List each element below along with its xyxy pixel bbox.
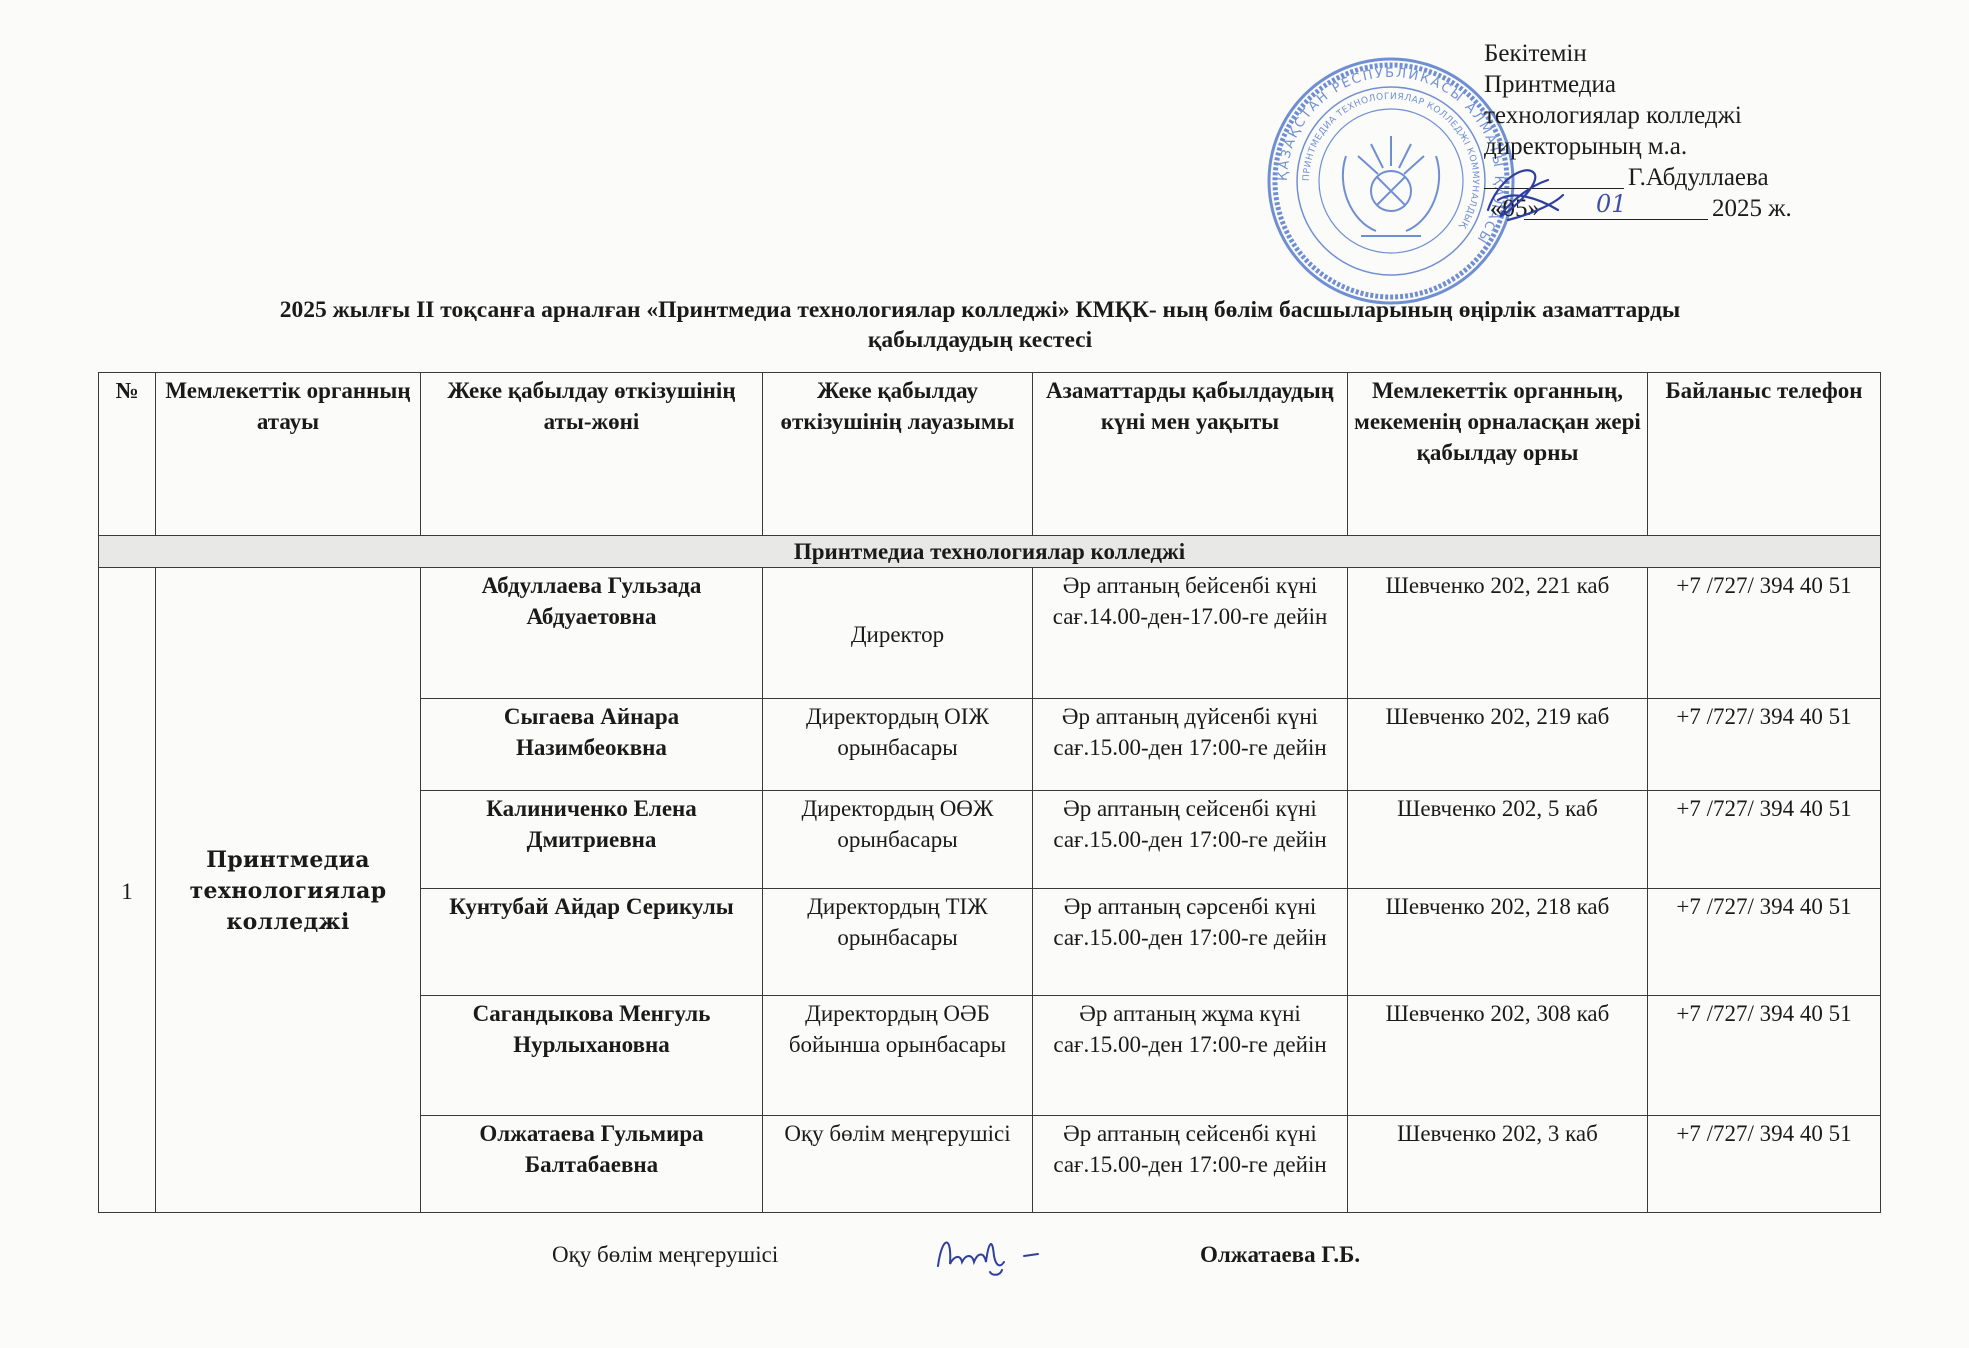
cell-location: Шевченко 202, 221 каб (1348, 568, 1648, 699)
approval-date-line: «05» 01 2025 ж. (1484, 193, 1792, 224)
cell-location: Шевченко 202, 218 каб (1348, 889, 1648, 996)
cell-schedule: Әр аптаның сәрсенбі күні сағ.15.00-ден 1… (1033, 889, 1348, 996)
svg-text:ҚАЗАҚСТАН РЕСПУБЛИКАСЫ АЛМАТЫ: ҚАЗАҚСТАН РЕСПУБЛИКАСЫ АЛМАТЫ ҚАЛАСЫ (1276, 66, 1506, 247)
table-header-row: № Мемлекеттік органның атауы Жеке қабылд… (99, 373, 1881, 536)
header-organization: Мемлекеттік органның атауы (156, 373, 421, 536)
approval-date-year: 2025 ж. (1712, 195, 1792, 222)
cell-full-name: Калиниченко Елена Дмитриевна (421, 791, 763, 889)
cell-position: Директордың ОӘБ бойынша орынбасары (763, 996, 1033, 1116)
svg-text:ПРИНТМЕДИА ТЕХНОЛОГИЯЛАР КОЛЛЕ: ПРИНТМЕДИА ТЕХНОЛОГИЯЛАР КОЛЛЕДЖІ КОММУН… (1302, 92, 1480, 230)
cell-phone: +7 /727/ 394 40 51 (1648, 889, 1881, 996)
cell-location: Шевченко 202, 3 каб (1348, 1116, 1648, 1213)
approval-signer-name: Г.Абдуллаева (1628, 164, 1769, 191)
approval-block: Бекітемін Принтмедиа технологиялар колле… (1484, 38, 1792, 224)
document-title-line2: қабылдаудың кестесі (80, 325, 1880, 355)
cell-full-name: Олжатаева Гульмира Балтабаевна (421, 1116, 763, 1213)
cell-organization: Принтмедиа технологиялар колледжі (156, 568, 421, 1213)
reception-schedule-table: № Мемлекеттік органның атауы Жеке қабылд… (98, 372, 1881, 1213)
approval-heading: Бекітемін (1484, 38, 1792, 69)
approval-position: директорының м.а. (1484, 131, 1792, 162)
cell-phone: +7 /727/ 394 40 51 (1648, 568, 1881, 699)
cell-full-name: Сагандыкова Менгуль Нурлыхановна (421, 996, 763, 1116)
approval-date-month: 01 (1596, 189, 1627, 220)
official-stamp-icon: ҚАЗАҚСТАН РЕСПУБЛИКАСЫ АЛМАТЫ ҚАЛАСЫ ПРИ… (1266, 56, 1516, 306)
cell-phone: +7 /727/ 394 40 51 (1648, 1116, 1881, 1213)
cell-schedule: Әр аптаның сейсенбі күні сағ.15.00-ден 1… (1033, 791, 1348, 889)
table-row: 1Принтмедиа технологиялар колледжіАбдулл… (99, 568, 1881, 699)
approval-signature-line: Г.Абдуллаева (1484, 162, 1792, 193)
approval-org-line1: Принтмедиа (1484, 69, 1792, 100)
header-location: Мемлекеттік органның, мекеменің орналасқ… (1348, 373, 1648, 536)
cell-position: Директордың ТІЖ орынбасары (763, 889, 1033, 996)
cell-schedule: Әр аптаның бейсенбі күні сағ.14.00-ден-1… (1033, 568, 1348, 699)
header-full-name: Жеке қабылдау өткізушінің аты-жөні (421, 373, 763, 536)
stamp-outer-text: ҚАЗАҚСТАН РЕСПУБЛИКАСЫ АЛМАТЫ ҚАЛАСЫ (1276, 66, 1506, 247)
cell-position: Директордың ОІЖ орынбасары (763, 699, 1033, 791)
cell-schedule: Әр аптаның сейсенбі күні сағ.15.00-ден 1… (1033, 1116, 1348, 1213)
head-signature-icon (930, 1226, 1060, 1286)
cell-position: Директордың ОӨЖ орынбасары (763, 791, 1033, 889)
section-row: Принтмедиа технологиялар колледжі (99, 536, 1881, 568)
header-date-time: Азаматтарды қабылдаудың күні мен уақыты (1033, 373, 1348, 536)
footer-name: Олжатаева Г.Б. (1200, 1242, 1360, 1268)
section-title: Принтмедиа технологиялар колледжі (99, 536, 1881, 568)
cell-phone: +7 /727/ 394 40 51 (1648, 699, 1881, 791)
cell-location: Шевченко 202, 308 каб (1348, 996, 1648, 1116)
cell-schedule: Әр аптаның дүйсенбі күні сағ.15.00-ден 1… (1033, 699, 1348, 791)
stamp-inner-text: ПРИНТМЕДИА ТЕХНОЛОГИЯЛАР КОЛЛЕДЖІ КОММУН… (1302, 92, 1480, 230)
cell-number: 1 (99, 568, 156, 1213)
cell-position: Директор (763, 568, 1033, 699)
header-number: № (99, 373, 156, 536)
footer-role: Оқу бөлім меңгерушісі (552, 1242, 778, 1268)
approval-date-day: «05» (1490, 193, 1540, 224)
cell-location: Шевченко 202, 219 каб (1348, 699, 1648, 791)
document-title-line1: 2025 жылғы II тоқсанға арналған «Принтме… (80, 295, 1880, 325)
cell-full-name: Сыгаева Айнара Назимбеоквна (421, 699, 763, 791)
header-phone: Байланыс телефон (1648, 373, 1881, 536)
approval-org-line2: технологиялар колледжі (1484, 100, 1792, 131)
cell-full-name: Кунтубай Айдар Серикулы (421, 889, 763, 996)
cell-location: Шевченко 202, 5 каб (1348, 791, 1648, 889)
header-position: Жеке қабылдау өткізушінің лауазымы (763, 373, 1033, 536)
cell-phone: +7 /727/ 394 40 51 (1648, 791, 1881, 889)
cell-full-name: Абдуллаева Гульзада Абдуаетовна (421, 568, 763, 699)
cell-phone: +7 /727/ 394 40 51 (1648, 996, 1881, 1116)
document-title: 2025 жылғы II тоқсанға арналған «Принтме… (80, 295, 1880, 355)
cell-position: Оқу бөлім меңгерушісі (763, 1116, 1033, 1213)
cell-schedule: Әр аптаның жұма күні сағ.15.00-ден 17:00… (1033, 996, 1348, 1116)
